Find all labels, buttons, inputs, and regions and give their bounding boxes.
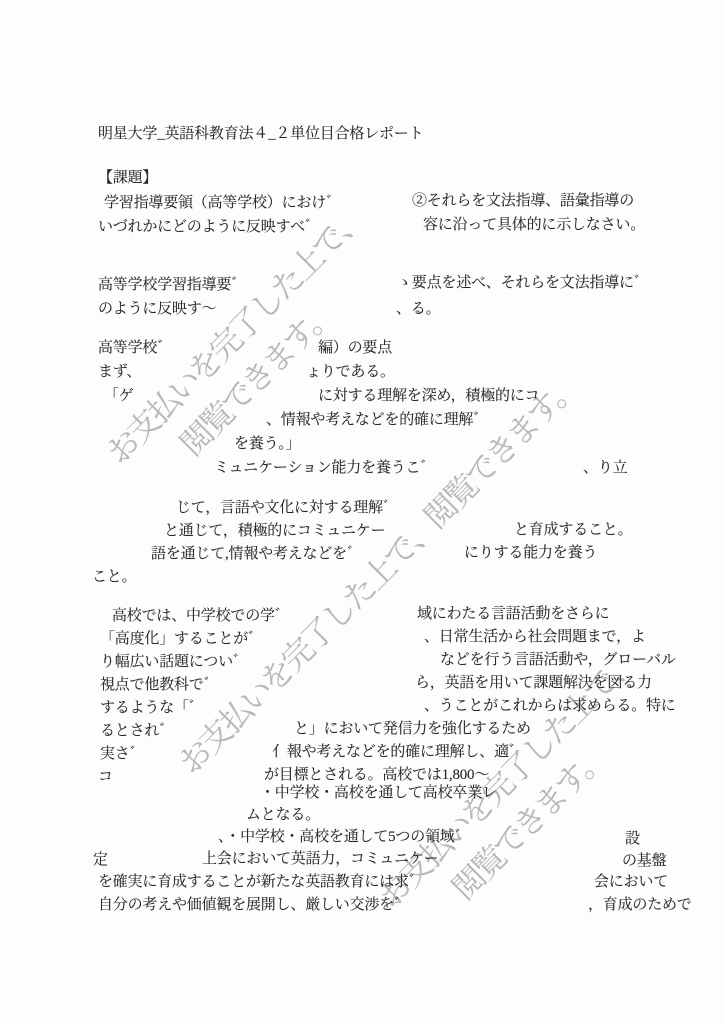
text-fragment: こと。 bbox=[92, 567, 136, 587]
text-fragment: を確実に育成することが新たな英語教育には求゛ bbox=[98, 872, 424, 892]
text-fragment: と通じて，積極的にコミュニケー bbox=[164, 521, 385, 541]
text-fragment: と」において発信力を強化するため bbox=[294, 719, 531, 739]
text-fragment: ミュニケーション能力を養うこ゛ bbox=[214, 458, 435, 478]
text-fragment: 、うことがこれからは求めらる。特に bbox=[424, 696, 676, 716]
text-fragment: を養う。」 bbox=[234, 434, 301, 454]
text-fragment: るとされ゛ bbox=[100, 721, 174, 741]
document-title: 明星大学_英語科教育法４_２単位目合格レポート bbox=[98, 124, 423, 144]
text-fragment: ，育成のためで bbox=[588, 895, 692, 915]
text-fragment: コ bbox=[98, 767, 113, 787]
text-fragment: 編）の要点 bbox=[318, 338, 392, 358]
text-fragment: 、る。 bbox=[396, 299, 440, 319]
text-fragment: 設 bbox=[625, 829, 640, 849]
text-fragment: 「高度化」することが゛ bbox=[100, 629, 263, 649]
text-fragment: 定 bbox=[93, 850, 108, 870]
text-fragment: 、日常生活から社会問題まで，よ bbox=[424, 627, 646, 647]
text-fragment: するような「゛ bbox=[100, 698, 204, 718]
text-fragment: ムとなる。 bbox=[246, 805, 320, 825]
text-fragment: 域にわたる言語活動をさらに bbox=[417, 604, 609, 624]
text-fragment: 亻報や考えなどを的確に理解し、適゛ bbox=[272, 742, 524, 762]
text-fragment: にりする能力を養う bbox=[464, 543, 597, 563]
text-fragment: 高等学校゛ bbox=[98, 338, 172, 358]
text-fragment: 実さ゛ bbox=[100, 744, 144, 764]
text-fragment: 上会において英語力，コミュニケー bbox=[202, 849, 439, 869]
text-fragment: り幅広い話題につい゛ bbox=[100, 652, 248, 672]
text-fragment: のように反映す～ bbox=[98, 299, 216, 319]
text-fragment: ②それらを文法指導、語彙指導の bbox=[412, 191, 634, 211]
text-layer: 明星大学_英語科教育法４_２単位目合格レポート 【課題】 学習指導要領（高等学校… bbox=[0, 0, 724, 1024]
text-fragment: 視点で他教科で゛ bbox=[100, 675, 218, 695]
text-fragment: じて，言語や文化に対する理解゛ bbox=[176, 498, 398, 518]
text-fragment: いづれかにどのように反映すべ゛ bbox=[98, 217, 320, 237]
text-fragment: ゝ要点を述べ、それらを文法指導に゛ bbox=[397, 273, 649, 293]
text-fragment: 容に沿って具体的に示しなさい。 bbox=[423, 215, 645, 235]
text-fragment: 「ゲ bbox=[104, 386, 134, 406]
text-fragment: 自分の考えや価値観を展開し、厳しい交渉を゛ bbox=[98, 895, 409, 915]
text-fragment: の基盤 bbox=[622, 851, 666, 871]
text-fragment: 高等学校学習指導要゛ bbox=[98, 275, 246, 295]
text-fragment: ・中学校・高校を通して高校卒業レ bbox=[260, 783, 497, 803]
text-fragment: ょりである。 bbox=[306, 362, 395, 382]
text-fragment: 会において bbox=[594, 872, 668, 892]
text-fragment: に対する理解を深め，積極的にコ bbox=[318, 386, 539, 406]
document-page: お支払いを完了した上で、閲覧できます。お支払いを完了した上で、閲覧できます。お支… bbox=[0, 0, 724, 1024]
text-fragment: まず、 bbox=[98, 362, 141, 382]
assignment-section-label: 【課題】 bbox=[98, 168, 157, 188]
text-fragment: 、情報や考えなどを的確に理解゛ bbox=[266, 410, 488, 430]
text-fragment: と育成すること。 bbox=[514, 520, 632, 540]
text-fragment: ら，英語を用いて課題解決を図る力 bbox=[415, 673, 652, 693]
text-fragment: 、り立 bbox=[583, 458, 627, 478]
text-fragment: が目標とされる。高校では1,800～ bbox=[264, 765, 489, 785]
text-fragment: 学習指導要領（高等学校）におけ゛ bbox=[104, 193, 341, 213]
text-fragment: 高校では、中学校での学゛ bbox=[112, 606, 290, 626]
text-fragment: などを行う言語活動や，グローバル bbox=[440, 650, 676, 670]
text-fragment: 、・中学校・高校を通して5つの領域゛ bbox=[218, 827, 469, 847]
text-fragment: 語を通じて,情報や考えなどを゛ bbox=[151, 544, 362, 564]
